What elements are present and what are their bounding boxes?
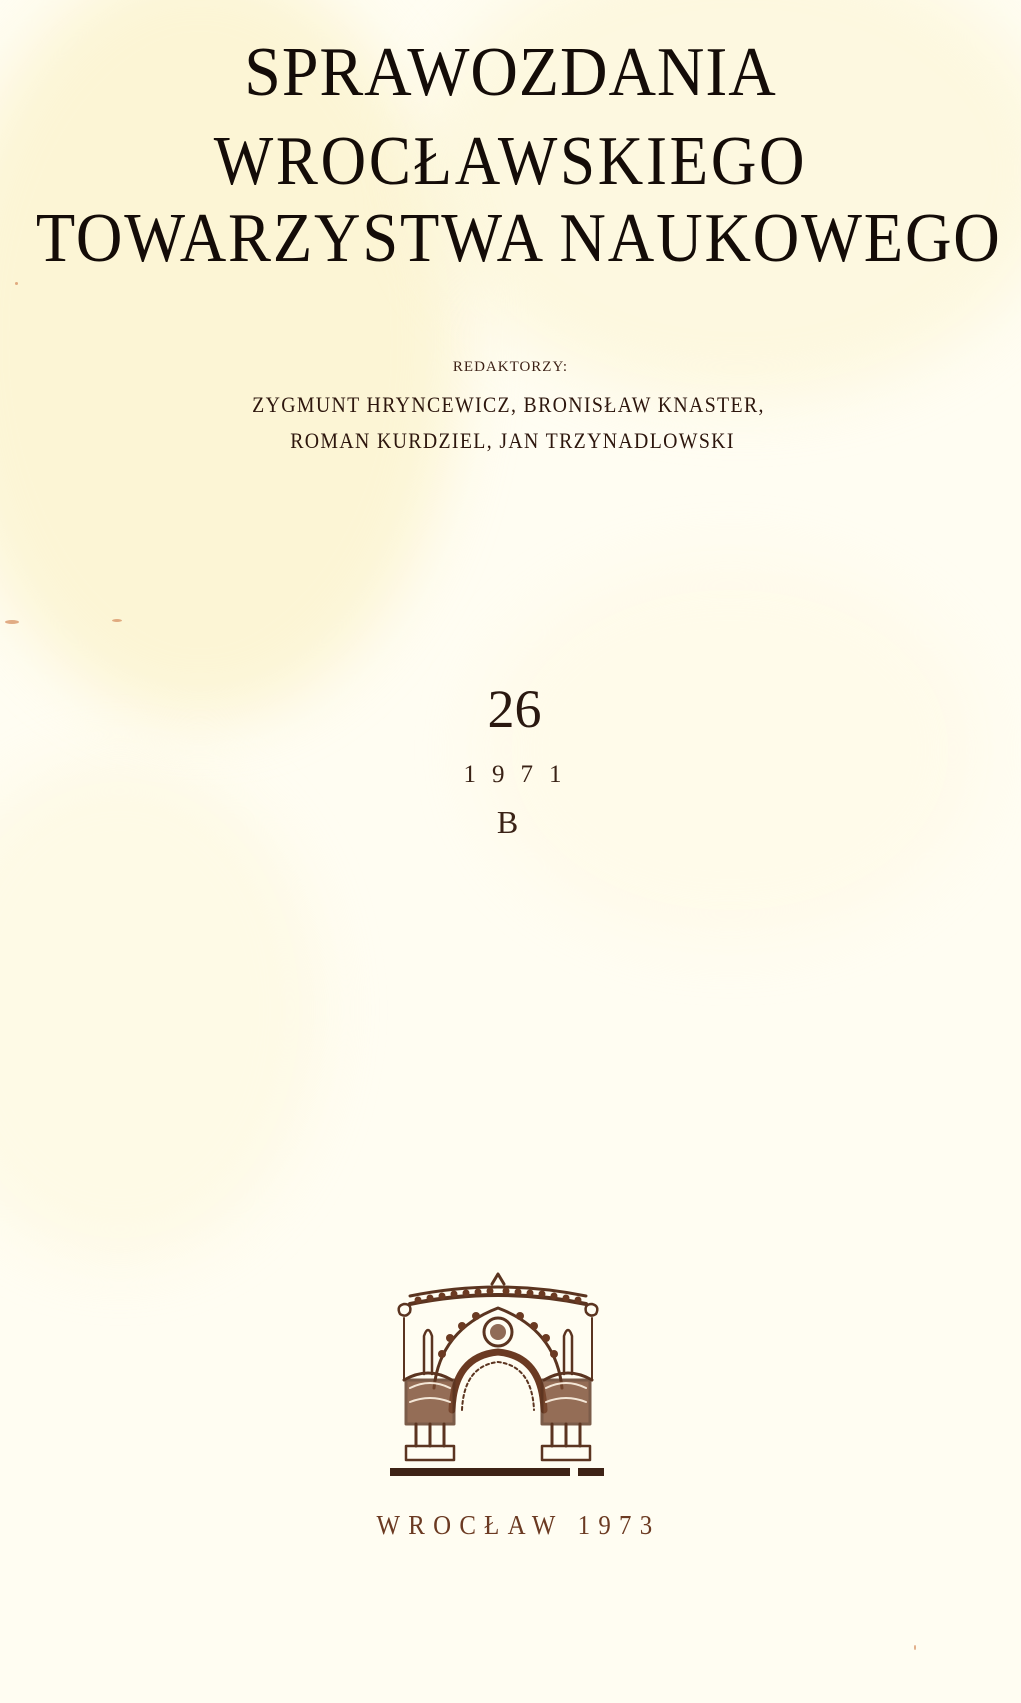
paper-speck (112, 619, 122, 622)
paper-stain (480, 560, 980, 940)
editors-line-2: ROMAN KURDZIEL, JAN TRZYNADLOWSKI (53, 428, 972, 454)
editors-label: REDAKTORZY: (0, 359, 1021, 376)
paper-speck (5, 620, 19, 624)
title-line-3: TOWARZYSTWA NAUKOWEGO (36, 204, 975, 274)
gothic-arch-emblem-icon (388, 1270, 608, 1480)
volume-number: 26 (4, 682, 1021, 736)
imprint-place-year: WROCŁAW 1973 (49, 1510, 988, 1541)
paper-speck (914, 1645, 916, 1650)
paper-speck (15, 282, 18, 285)
editors-line-1: ZYGMUNT HRYNCEWICZ, BRONISŁAW KNASTER, (49, 392, 968, 418)
title-line-2: WROCŁAWSKIEGO (51, 127, 970, 197)
volume-series: B (0, 804, 1018, 841)
volume-year: 1971 (10, 761, 1021, 789)
title-line-1: SPRAWOZDANIA (31, 38, 991, 108)
